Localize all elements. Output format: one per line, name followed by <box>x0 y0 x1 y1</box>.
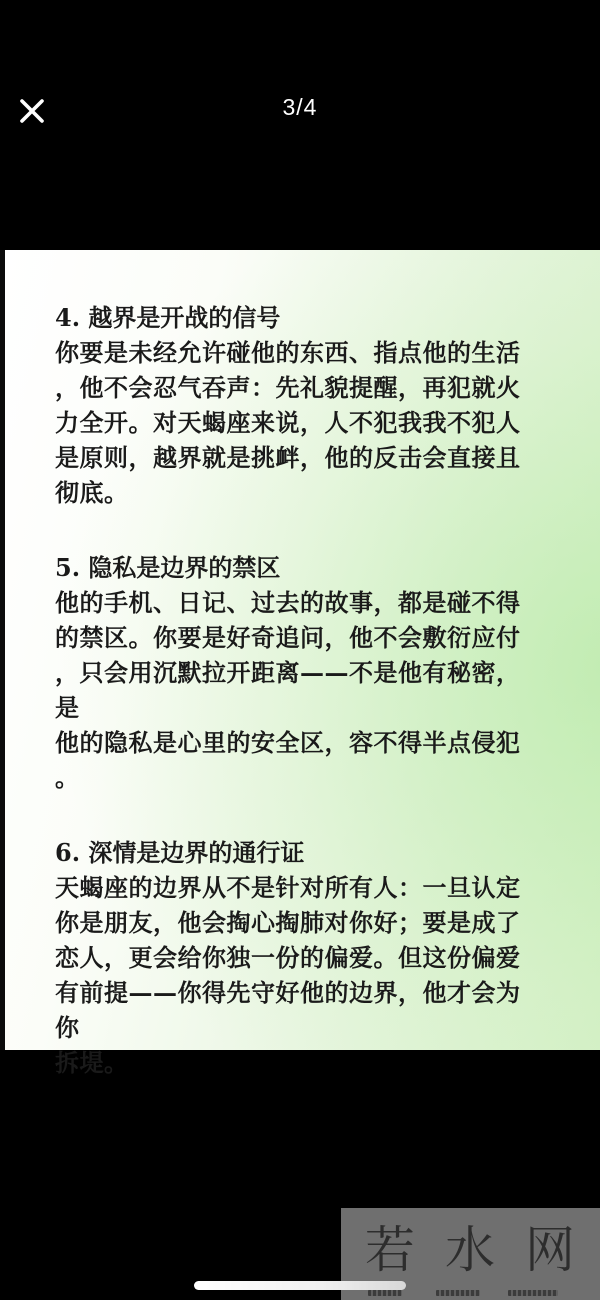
watermark-subtext <box>508 1290 558 1296</box>
watermark-subtext <box>368 1290 402 1296</box>
top-bar: 3/4 <box>0 85 600 140</box>
section-heading: 5. 隐私是边界的禁区 <box>55 550 540 585</box>
page-indicator: 3/4 <box>0 94 600 121</box>
watermark-text: 若水网 <box>365 1222 600 1278</box>
section-6-affection-pass: 6. 深情是边界的通行证 天蝎座的边界从不是针对所有人：一旦认定 你是朋友，他会… <box>55 835 540 1080</box>
image-text-block: 4. 越界是开战的信号 你要是未经允许碰他的东西、指点他的生活 ，他不会忍气吞声… <box>5 250 600 1080</box>
section-body: 他的手机、日记、过去的故事，都是碰不得 的禁区。你要是好奇追问，他不会敷衍应付 … <box>55 585 540 795</box>
section-body: 天蝎座的边界从不是针对所有人：一旦认定 你是朋友，他会掏心掏肺对你好；要是成了 … <box>55 870 540 1080</box>
watermark-subtext <box>436 1290 480 1296</box>
section-4-boundary-signal: 4. 越界是开战的信号 你要是未经允许碰他的东西、指点他的生活 ，他不会忍气吞声… <box>55 300 540 510</box>
section-heading: 6. 深情是边界的通行证 <box>55 835 540 870</box>
section-body: 你要是未经允许碰他的东西、指点他的生活 ，他不会忍气吞声：先礼貌提醒，再犯就火 … <box>55 335 540 510</box>
home-indicator[interactable] <box>194 1281 406 1290</box>
photo-viewer-screen: 3/4 4. 越界是开战的信号 你要是未经允许碰他的东西、指点他的生活 ，他不会… <box>0 0 600 1300</box>
section-heading: 4. 越界是开战的信号 <box>55 300 540 335</box>
content-image[interactable]: 4. 越界是开战的信号 你要是未经允许碰他的东西、指点他的生活 ，他不会忍气吞声… <box>0 250 600 1050</box>
section-5-privacy-zone: 5. 隐私是边界的禁区 他的手机、日记、过去的故事，都是碰不得 的禁区。你要是好… <box>55 550 540 795</box>
